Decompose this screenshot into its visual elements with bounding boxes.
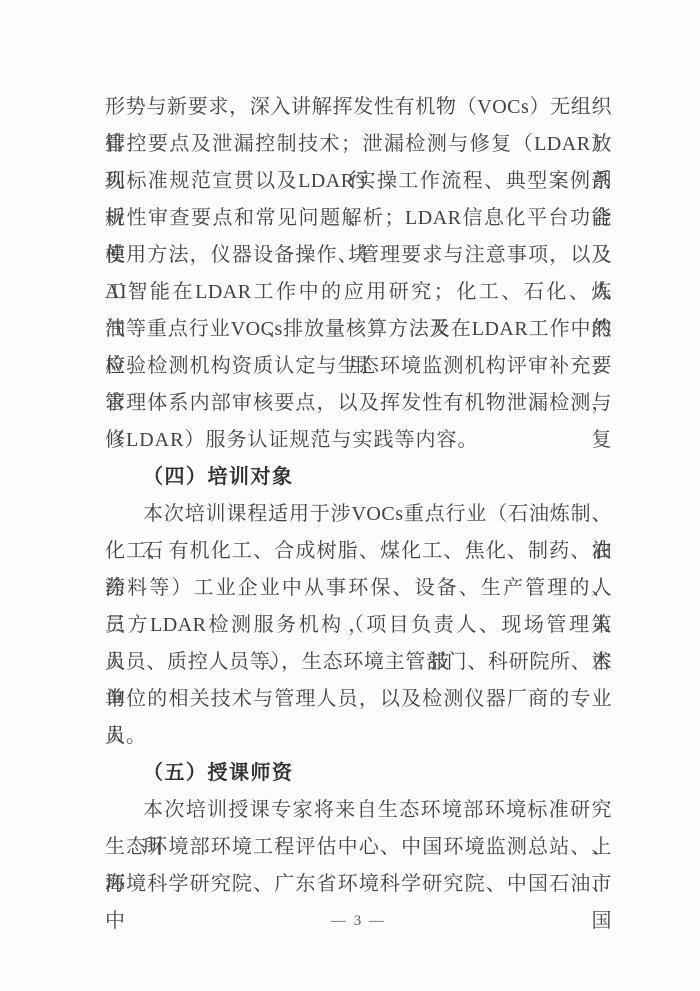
text-line: 规性审查要点和常见问题解析；LDAR信息化平台功能模块及 — [105, 200, 612, 237]
text-line-paragraph-end: 员。 — [105, 718, 612, 755]
section-heading-training-audience: （四）培训对象 — [105, 459, 612, 496]
text-line: 形势与新要求，深入讲解挥发性有机物（VOCs）无组织排放 — [105, 89, 612, 126]
document-body: 形势与新要求，深入讲解挥发性有机物（VOCs）无组织排放 管控要点及泄漏控制技术… — [105, 89, 612, 903]
text-line: 检验检测机构资质认定与生态环境监测机构评审补充要求， — [105, 348, 612, 385]
text-line: 三方LDAR检测服务机构（项目负责人、现场管理人员、技术 — [105, 607, 612, 644]
text-line: 列标准规范宣贯以及LDAR实操工作流程、典型案例剖析、合 — [105, 163, 612, 200]
page-number: — 3 — — [331, 913, 386, 929]
text-line: 生态环境部环境工程评估中心、中国环境监测总站、上海市 — [105, 829, 612, 866]
document-page: 形势与新要求，深入讲解挥发性有机物（VOCs）无组织排放 管控要点及泄漏控制技术… — [0, 0, 700, 991]
text-line: 涂料等）工业企业中从事环保、设备、生产管理的人员，第 — [105, 570, 612, 607]
text-line-paragraph-start: 本次培训课程适用于涉VOCs重点行业（石油炼制、石油 — [105, 496, 612, 533]
text-line-paragraph-start: 本次培训授课专家将来自生态环境部环境标准研究所、 — [105, 792, 612, 829]
text-line: 环境科学研究院、广东省环境科学研究院、中国石油、中国 — [105, 866, 612, 903]
text-line: 使用方法，仪器设备操作、管理要求与注意事项，以及AI人 — [105, 237, 612, 274]
text-line: 化工、有机化工、合成树脂、煤化工、焦化、制药、农药、 — [105, 533, 612, 570]
text-line: 人员、质控人员等），生态环境主管部门、科研院所、咨询 — [105, 644, 612, 681]
text-line: 气等重点行业VOCs排放量核算方法及在LDAR工作中的应用； — [105, 311, 612, 348]
text-line: 单位的相关技术与管理人员，以及检测仪器厂商的专业人 — [105, 681, 612, 718]
text-line: 工智能在LDAR工作中的应用研究；化工、石化、炼油、天然 — [105, 274, 612, 311]
section-heading-instructors: （五）授课师资 — [105, 755, 612, 792]
text-line: 管理体系内部审核要点，以及挥发性有机物泄漏检测与修复 — [105, 385, 612, 422]
page-footer: — 3 — — [105, 910, 612, 932]
text-line: 管控要点及泄漏控制技术；泄漏检测与修复（LDAR）现行系 — [105, 126, 612, 163]
